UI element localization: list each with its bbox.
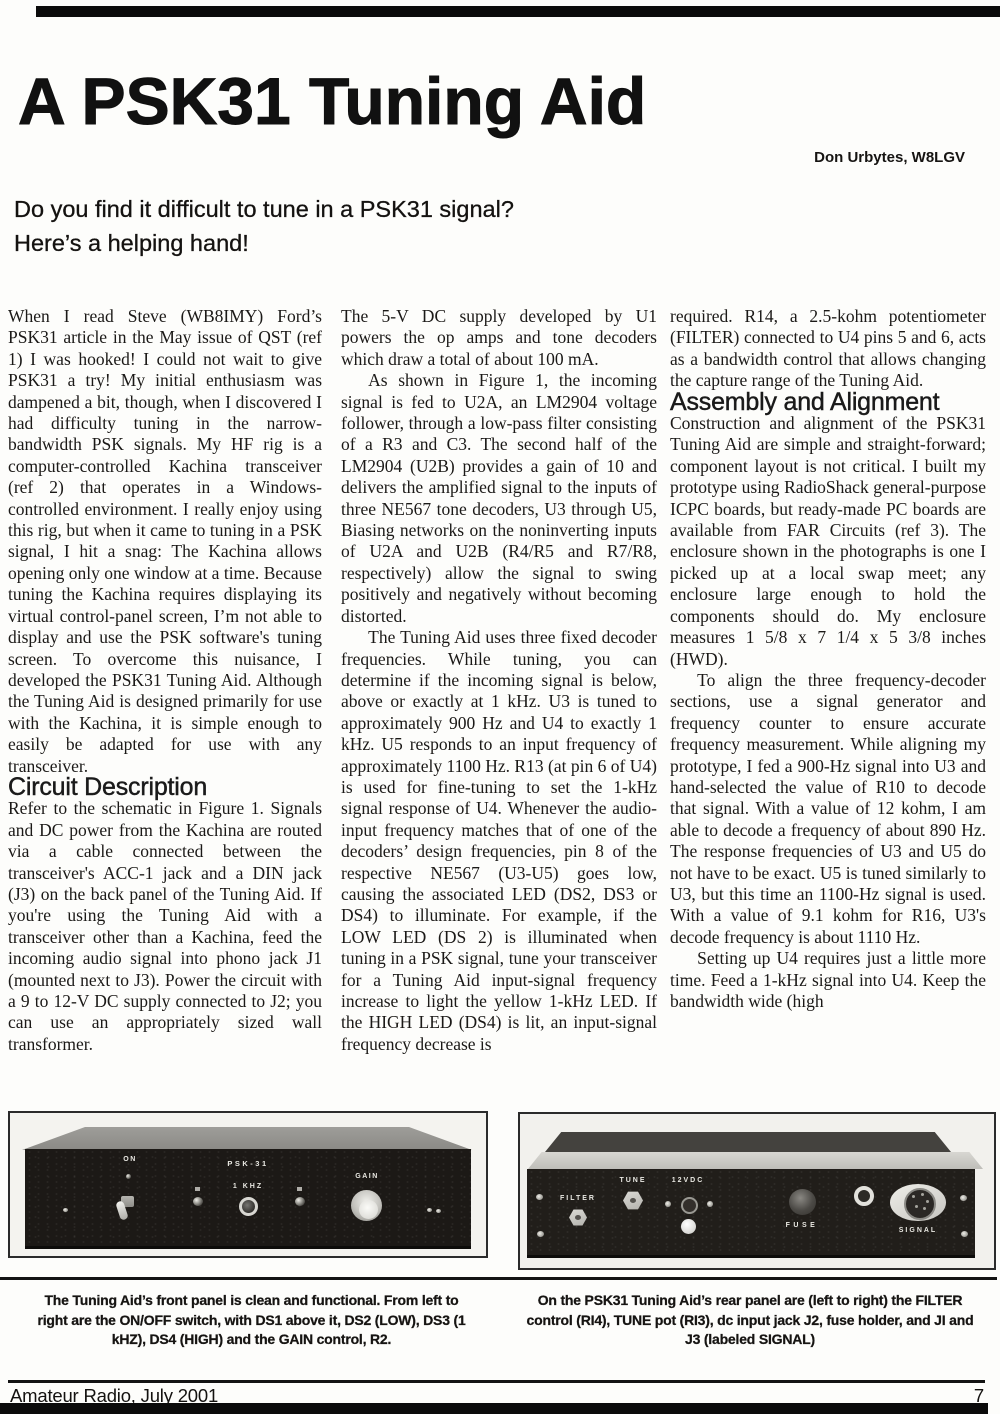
front-panel: ON PSK-31 1 KHZ GAIN (25, 1149, 471, 1249)
screw-icon (537, 1231, 544, 1237)
rear-panel: FILTER TUNE 12VDC FUSE SIGNAL (527, 1169, 975, 1258)
paragraph: When I read Steve (WB8IMY) Ford’s PSK31 … (8, 306, 322, 777)
filter-pot-slot (575, 1215, 581, 1220)
paragraph: The 5-V DC supply developed by U1 powers… (341, 306, 657, 370)
front-panel-label-model: PSK-31 (218, 1159, 278, 1168)
rear-panel-label-fuse: FUSE (777, 1222, 827, 1229)
screw-icon (960, 1195, 967, 1201)
paragraph: Refer to the schematic in Figure 1. Sign… (8, 798, 322, 1055)
tune-pot-slot (630, 1198, 636, 1203)
dc-input-jack-j2 (681, 1197, 698, 1214)
low-marker (195, 1187, 200, 1191)
front-photo-caption: The Tuning Aid’s front panel is clean an… (28, 1291, 475, 1350)
rear-panel-label-tune: TUNE (613, 1177, 653, 1184)
din-pin (923, 1207, 926, 1210)
screw-icon (427, 1208, 432, 1212)
rear-panel-label-12vdc: 12VDC (668, 1177, 708, 1184)
screw-icon (436, 1209, 441, 1213)
screw-icon (961, 1231, 968, 1237)
led-ds4-high (295, 1197, 305, 1206)
din-pin (915, 1205, 918, 1208)
fuse-holder (789, 1189, 816, 1215)
intro-line-1: Do you find it difficult to tune in a PS… (14, 193, 734, 227)
high-marker (297, 1187, 302, 1191)
led-ds3-1khz (239, 1197, 258, 1216)
front-panel-label-gain: GAIN (337, 1173, 397, 1180)
page-title: A PSK31 Tuning Aid (18, 68, 980, 134)
din-connector-j3 (904, 1188, 936, 1220)
enclosure-lid-edge (545, 1132, 951, 1152)
rear-photo-caption: On the PSK31 Tuning Aid’s rear panel are… (518, 1291, 982, 1350)
article-column-2: The 5-V DC supply developed by U1 powers… (341, 306, 657, 1055)
gain-knob-cap (359, 1200, 378, 1219)
rear-panel-photo: FILTER TUNE 12VDC FUSE SIGNAL (518, 1112, 996, 1270)
top-scan-bar (36, 6, 1000, 17)
paragraph: As shown in Figure 1, the incoming signa… (341, 370, 657, 627)
din-pin (926, 1200, 929, 1203)
footer-rule (8, 1380, 985, 1383)
magazine-page: A PSK31 Tuning Aid Don Urbytes, W8LGV Do… (0, 0, 1000, 1414)
screw-icon (665, 1201, 671, 1207)
screw-icon (707, 1201, 713, 1207)
article-column-3: required. R14, a 2.5-kohm potentiometer … (670, 306, 986, 1012)
led-ds2-low (193, 1197, 203, 1206)
section-heading-assembly-alignment: Assembly and Alignment (670, 392, 986, 413)
article-column-1: When I read Steve (WB8IMY) Ford’s PSK31 … (8, 306, 322, 1055)
paragraph: Construction and alignment of the PSK31 … (670, 413, 986, 670)
din-pin (921, 1193, 924, 1196)
screw-icon (63, 1208, 68, 1212)
screw-icon (536, 1194, 543, 1200)
rear-panel-label-signal: SIGNAL (888, 1227, 948, 1234)
intro-text: Do you find it difficult to tune in a PS… (14, 193, 734, 260)
phono-jack-j1 (854, 1186, 874, 1206)
front-panel-label-on: ON (119, 1156, 141, 1163)
led-ds1 (126, 1174, 131, 1179)
paragraph: The Tuning Aid uses three fixed decoder … (341, 627, 657, 1055)
paragraph: required. R14, a 2.5-kohm potentiometer … (670, 306, 986, 392)
bottom-scan-bar (0, 1403, 988, 1414)
photo-caption-divider (0, 1277, 997, 1280)
section-heading-circuit-description: Circuit Description (8, 777, 322, 798)
din-pin (912, 1195, 915, 1198)
rear-panel-label-filter: FILTER (558, 1195, 598, 1202)
enclosure-lid (22, 1127, 472, 1150)
enclosure-lid (528, 1152, 983, 1169)
front-panel-label-1khz: 1 KHZ (218, 1183, 278, 1190)
intro-line-2: Here’s a helping hand! (14, 227, 734, 261)
byline: Don Urbytes, W8LGV (565, 149, 965, 166)
paragraph: Setting up U4 requires just a little mor… (670, 948, 986, 1012)
front-panel-photo: ON PSK-31 1 KHZ GAIN (8, 1111, 488, 1258)
dc-plug-barrel (681, 1219, 696, 1234)
paragraph: To align the three frequency-decoder sec… (670, 670, 986, 948)
